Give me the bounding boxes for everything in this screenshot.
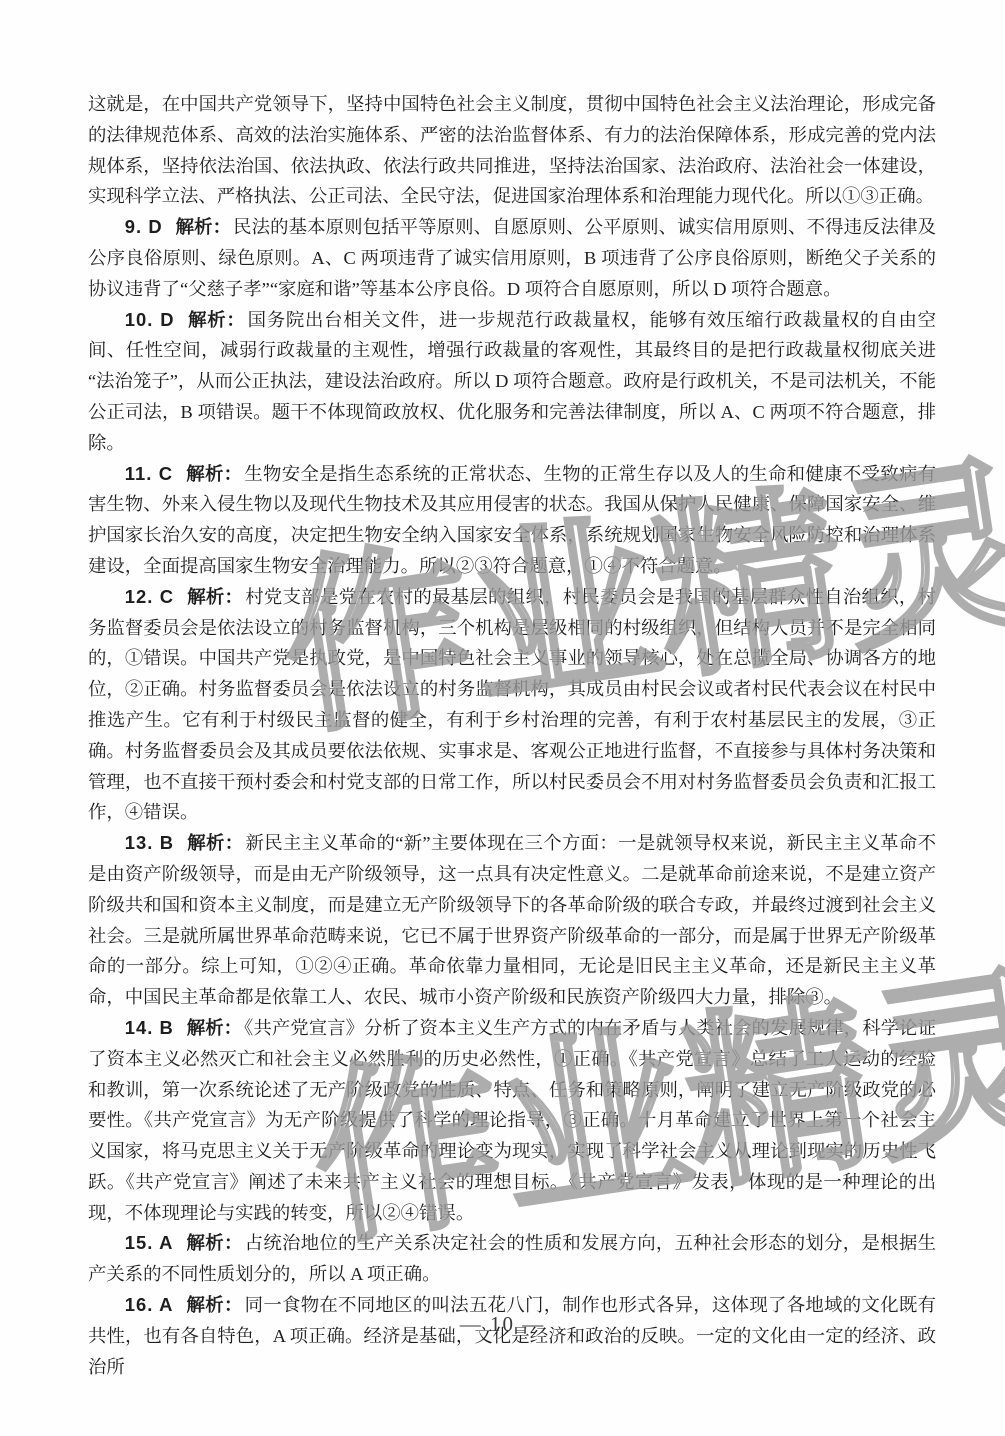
continued-paragraph: 这就是，在中国共产党领导下，坚持中国特色社会主义制度，贯彻中国特色社会主义法治理…: [88, 89, 936, 212]
analysis-text: 村党支部是党在农村的最基层的组织，村民委员会是我国的基层群众性自治组织，村务监督…: [88, 587, 936, 823]
analysis-label: 解析：: [187, 587, 243, 607]
item-number-and-answer: 9. D: [125, 216, 163, 237]
analysis-text: 国务院出台相关文件，进一步规范行政裁量权，能够有效压缩行政裁量权的自由空间、任性…: [88, 310, 936, 453]
analysis-label: 解析：: [187, 833, 244, 853]
answer-item-14: 14. B解析：《共产党宣言》分析了资本主义生产方式的内在矛盾与人类社会的发展规…: [88, 1013, 936, 1229]
analysis-label: 解析：: [186, 464, 242, 484]
item-number-and-answer: 10. D: [125, 309, 175, 330]
answer-item-15: 15. A解析：占统治地位的生产关系决定社会的性质和发展方向，五种社会形态的划分…: [88, 1228, 936, 1290]
item-number-and-answer: 15. A: [125, 1232, 174, 1253]
answer-item-10: 10. D解析：国务院出台相关文件，进一步规范行政裁量权，能够有效压缩行政裁量权…: [88, 305, 936, 459]
analysis-text: 《共产党宣言》分析了资本主义生产方式的内在矛盾与人类社会的发展规律，科学论证了资…: [88, 1018, 936, 1223]
answer-item-11: 11. C解析：生物安全是指生态系统的正常状态、生物的正常生存以及人的生命和健康…: [88, 459, 936, 582]
item-number-and-answer: 13. B: [125, 832, 174, 853]
answer-explanations-text: 这就是，在中国共产党领导下，坚持中国特色社会主义制度，贯彻中国特色社会主义法治理…: [88, 89, 936, 1382]
answer-item-12: 12. C解析：村党支部是党在农村的最基层的组织，村民委员会是我国的基层群众性自…: [88, 582, 936, 828]
item-number-and-answer: 14. B: [125, 1017, 174, 1038]
page-number: — 10 —: [0, 1310, 1005, 1338]
answer-item-9: 9. D解析：民法的基本原则包括平等原则、自愿原则、公平原则、诚实信用原则、不得…: [88, 212, 936, 304]
analysis-label: 解析：: [186, 1233, 242, 1253]
item-number-and-answer: 11. C: [125, 463, 173, 484]
analysis-label: 解析：: [176, 217, 232, 237]
item-number-and-answer: 12. C: [125, 586, 174, 607]
analysis-label: 解析：: [187, 310, 245, 330]
analysis-label: 解析：: [187, 1018, 242, 1038]
scanned-answer-page: 这就是，在中国共产党领导下，坚持中国特色社会主义制度，贯彻中国特色社会主义法治理…: [0, 0, 1005, 1436]
analysis-text: 新民主主义革命的“新”主要体现在三个方面：一是就领导权来说，新民主主义革命不是由…: [88, 833, 936, 1007]
answer-item-13: 13. B解析：新民主主义革命的“新”主要体现在三个方面：一是就领导权来说，新民…: [88, 828, 936, 1013]
